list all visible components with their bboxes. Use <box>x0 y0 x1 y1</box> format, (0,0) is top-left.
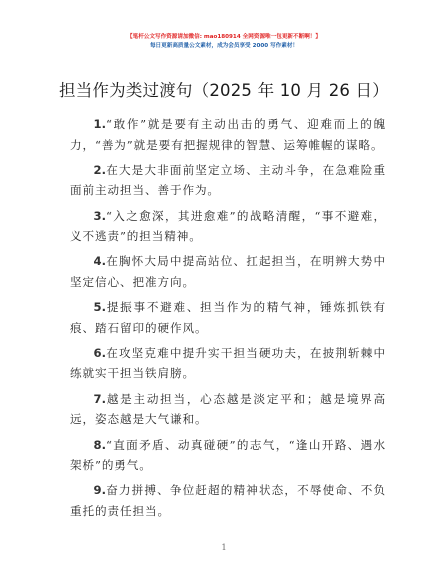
item-text: 提振事不避难、担当作为的精气神，锤炼抓铁有痕、踏石留印的硬作风。 <box>70 300 386 335</box>
sentence-item-8: 8.“直面矛盾、动真碰硬”的志气，“逢山开路、遇水架桥”的勇气。 <box>70 435 386 476</box>
item-text: “直面矛盾、动真碰硬”的志气，“逢山开路、遇水架桥”的勇气。 <box>70 438 386 473</box>
promo-banner-line-2: 每日更新高质量公文素材，成为会员享受 2000 写作素材！ <box>0 42 448 51</box>
item-number: 7. <box>94 392 106 406</box>
item-number: 8. <box>94 438 106 452</box>
item-number: 3. <box>94 209 106 223</box>
item-number: 2. <box>94 163 106 177</box>
item-number: 6. <box>94 346 106 360</box>
item-text: 在大是大非面前坚定立场、主动斗争，在急难险重面前主动担当、善于作为。 <box>70 163 386 198</box>
item-text: 奋力拼搏、争位赶超的精神状态，不辱使命、不负重托的责任担当。 <box>70 483 386 518</box>
item-number: 9. <box>94 483 106 497</box>
sentence-list: 1.“敢作”就是要有主动出击的勇气、迎难而上的魄力，“善为”就是要有把握规律的智… <box>70 114 386 526</box>
sentence-item-5: 5.提振事不避难、担当作为的精气神，锤炼抓铁有痕、踏石留印的硬作风。 <box>70 297 386 338</box>
sentence-item-7: 7.越是主动担当，心态越是淡定平和；越是境界高远，姿态越是大气谦和。 <box>70 389 386 430</box>
item-number: 5. <box>94 300 106 314</box>
sentence-item-4: 4.在胸怀大局中提高站位、扛起担当，在明辨大势中坚定信心、把准方向。 <box>70 251 386 292</box>
page-number: 1 <box>0 543 448 552</box>
sentence-item-6: 6.在攻坚克难中提升实干担当硬功夫，在披荆斩棘中练就实干担当铁肩膀。 <box>70 343 386 384</box>
promo-banner: 【笔杆公文写作资源请加微信: mao180914 全网资源唯一包更新不断啊！】 … <box>0 33 448 51</box>
item-text: “敢作”就是要有主动出击的勇气、迎难而上的魄力，“善为”就是要有把握规律的智慧、… <box>70 117 386 152</box>
promo-banner-line-1: 【笔杆公文写作资源请加微信: mao180914 全网资源唯一包更新不断啊！】 <box>0 33 448 42</box>
sentence-item-3: 3.“入之愈深，其进愈难”的战略清醒，“事不避难，义不逃责”的担当精神。 <box>70 206 386 247</box>
item-text: 在攻坚克难中提升实干担当硬功夫，在披荆斩棘中练就实干担当铁肩膀。 <box>70 346 386 381</box>
sentence-item-9: 9.奋力拼搏、争位赶超的精神状态，不辱使命、不负重托的责任担当。 <box>70 480 386 521</box>
sentence-item-2: 2.在大是大非面前坚定立场、主动斗争，在急难险重面前主动担当、善于作为。 <box>70 160 386 201</box>
document-title: 担当作为类过渡句（2025 年 10 月 26 日） <box>0 80 448 102</box>
item-number: 1. <box>94 117 106 131</box>
document-page: 【笔杆公文写作资源请加微信: mao180914 全网资源唯一包更新不断啊！】 … <box>0 0 448 580</box>
item-text: 在胸怀大局中提高站位、扛起担当，在明辨大势中坚定信心、把准方向。 <box>70 254 386 289</box>
sentence-item-1: 1.“敢作”就是要有主动出击的勇气、迎难而上的魄力，“善为”就是要有把握规律的智… <box>70 114 386 155</box>
item-number: 4. <box>94 254 106 268</box>
item-text: “入之愈深，其进愈难”的战略清醒，“事不避难，义不逃责”的担当精神。 <box>70 209 386 244</box>
item-text: 越是主动担当，心态越是淡定平和；越是境界高远，姿态越是大气谦和。 <box>70 392 386 427</box>
